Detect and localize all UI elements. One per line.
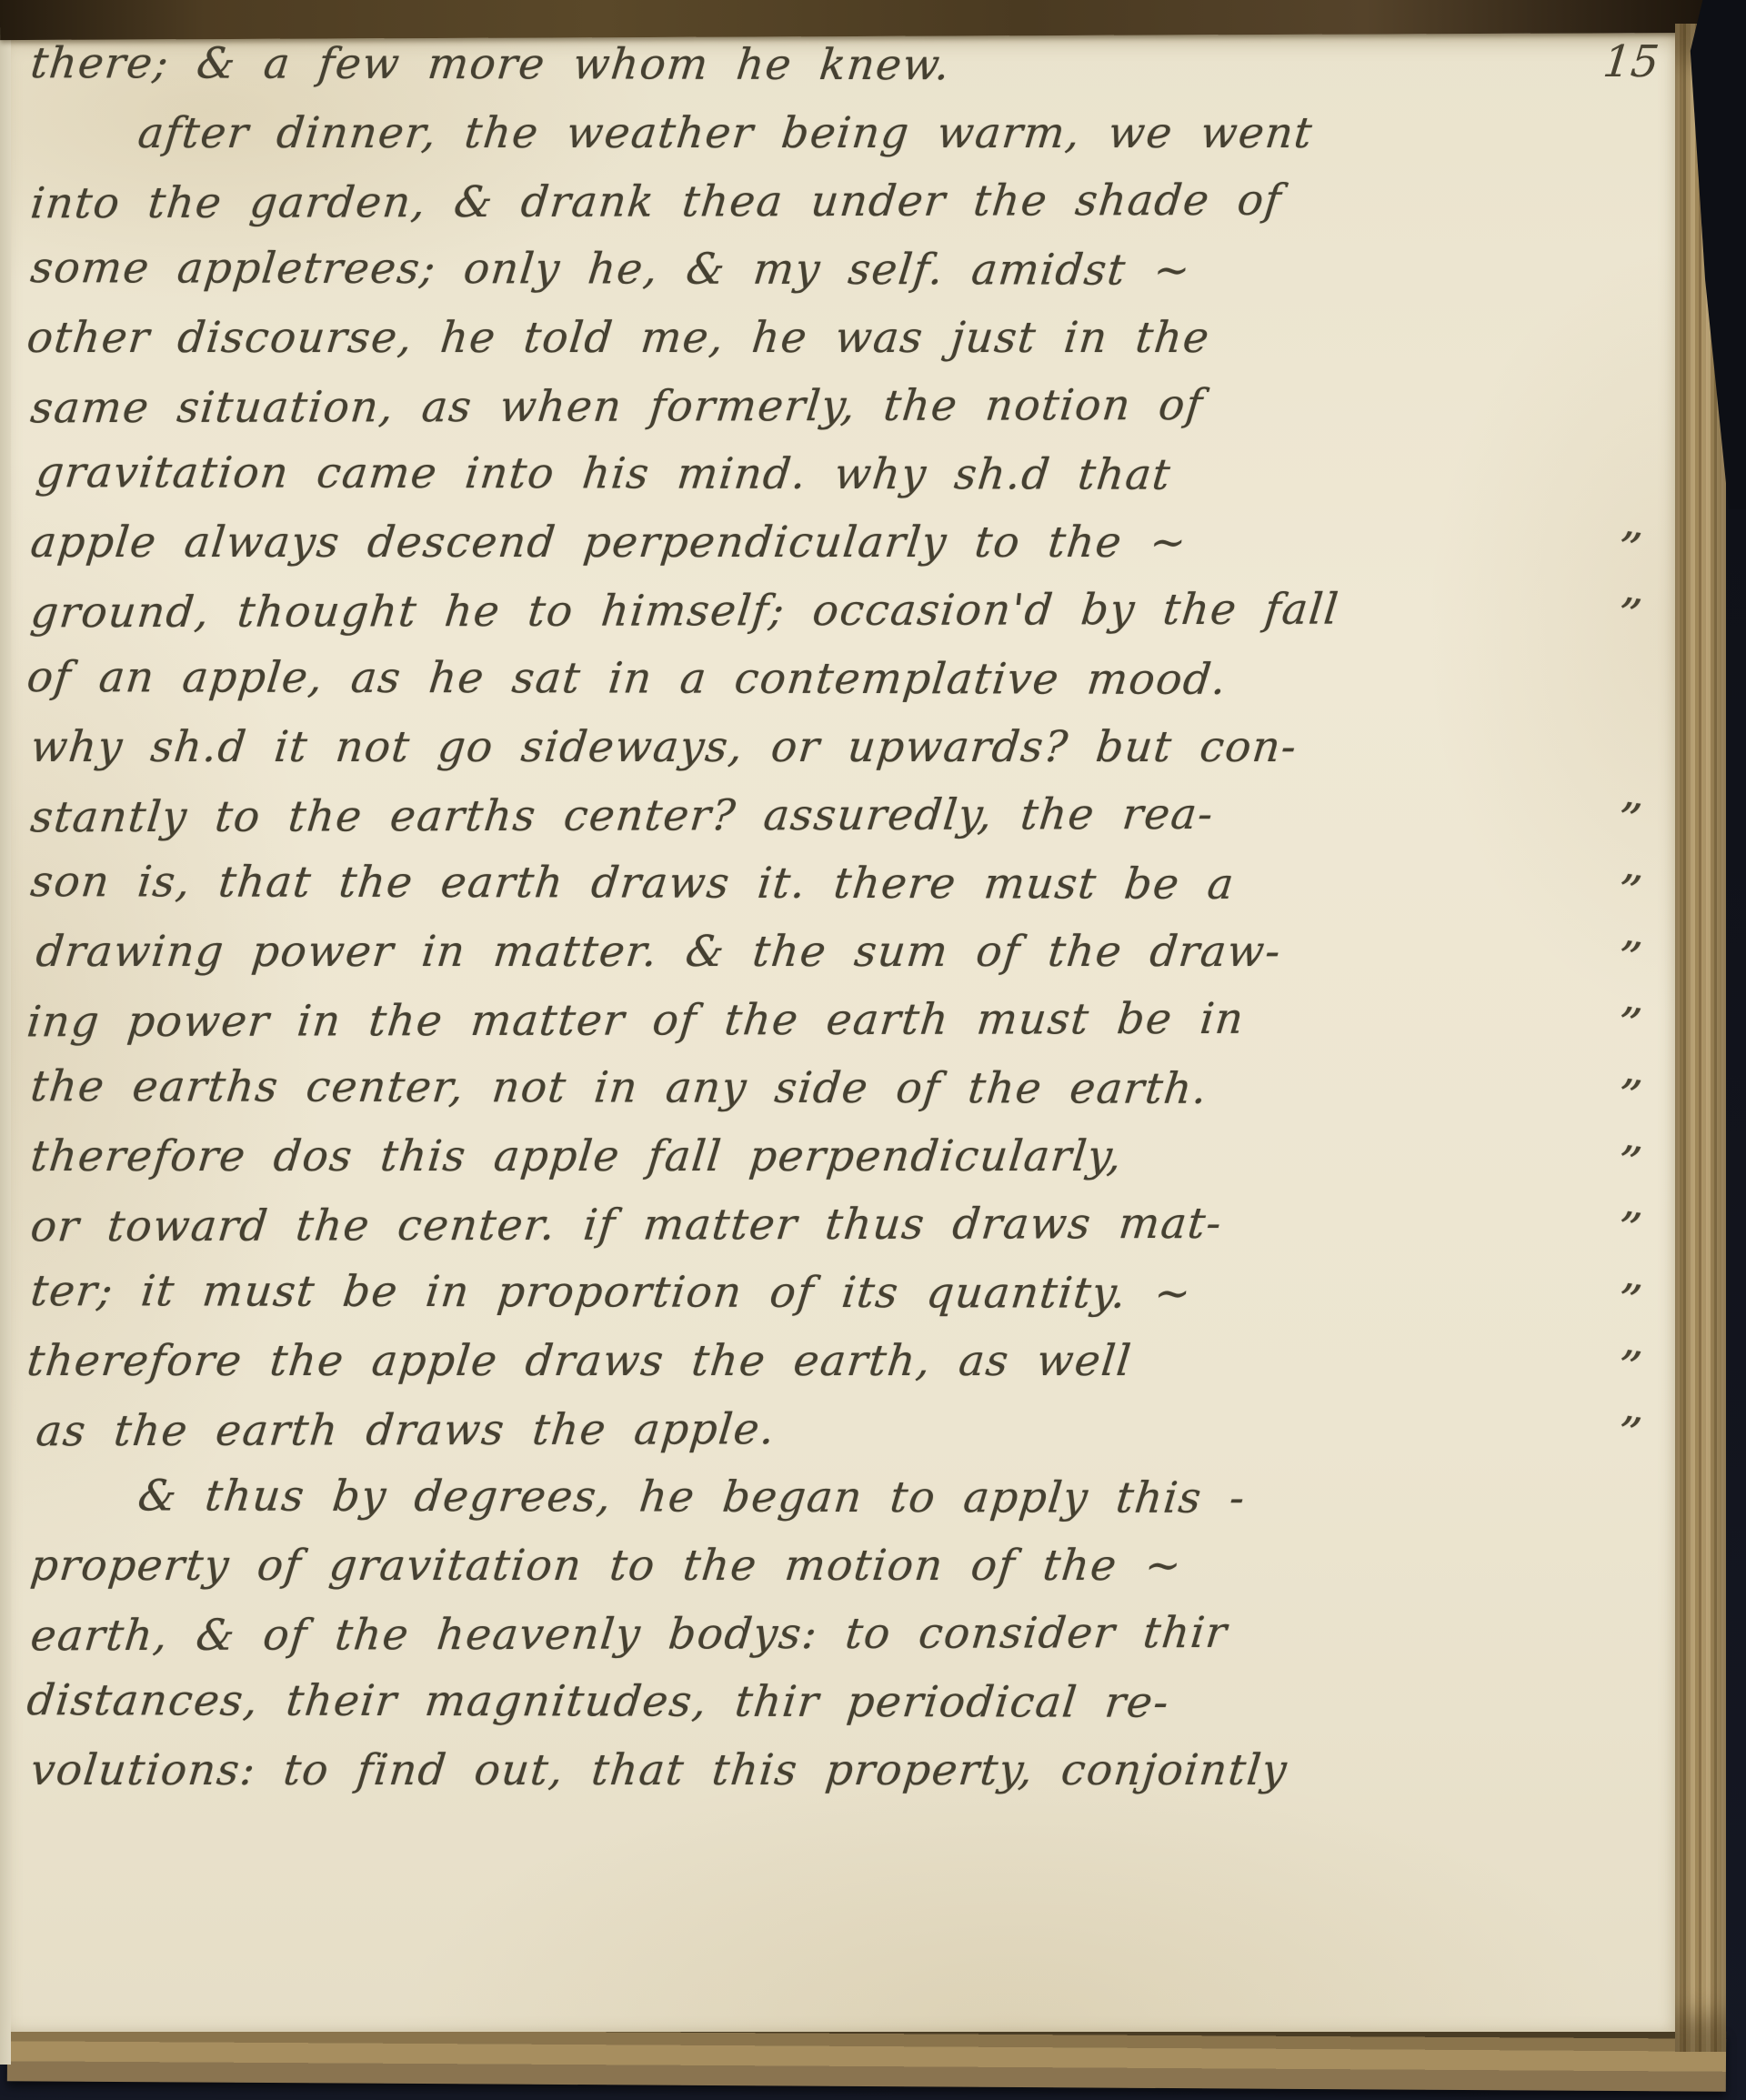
manuscript-line: ing power in the matter of the earth mus… bbox=[27, 993, 1639, 1066]
manuscript-line-text: ground, thought he to himself; occasion'… bbox=[28, 585, 1341, 638]
manuscript-line: into the garden, & drank thea under the … bbox=[31, 175, 1639, 247]
manuscript-line-text: the earths center, not in any side of th… bbox=[28, 1061, 1210, 1114]
manuscript-line: drawing power in matter. & the sum of th… bbox=[36, 927, 1639, 995]
manuscript-line-text: of an apple, as he sat in a contemplativ… bbox=[25, 652, 1229, 705]
manuscript-line: or toward the center. if matter thus dra… bbox=[31, 1198, 1639, 1271]
manuscript-scan: 15 there; & a few more whom he knew.afte… bbox=[0, 0, 1746, 2100]
manuscript-line-text: drawing power in matter. & the sum of th… bbox=[34, 927, 1284, 977]
manuscript-line-text: ter; it must be in proportion of its qua… bbox=[28, 1266, 1194, 1319]
manuscript-line: stantly to the earths center? assuredly,… bbox=[31, 789, 1639, 861]
manuscript-line: ground, thought he to himself; occasion'… bbox=[31, 584, 1639, 657]
manuscript-line-text: therefore dos this apple fall perpendicu… bbox=[28, 1131, 1125, 1181]
manuscript-line-text: why sh.d it not go sideways, or upwards?… bbox=[28, 722, 1299, 772]
manuscript-line-text: volutions: to find out, that this proper… bbox=[28, 1745, 1290, 1795]
manuscript-line: why sh.d it not go sideways, or upwards?… bbox=[31, 722, 1639, 790]
manuscript-line-text: property of gravitation to the motion of… bbox=[28, 1541, 1185, 1591]
manuscript-line-text: gravitation came into his mind. why sh.d… bbox=[34, 447, 1174, 500]
manuscript-line: gravitation came into his mind. why sh.d… bbox=[36, 447, 1639, 519]
manuscript-line: property of gravitation to the motion of… bbox=[31, 1541, 1639, 1609]
manuscript-line: same situation, as when formerly, the no… bbox=[31, 379, 1639, 452]
manuscript-line-text: & thus by degrees, he began to apply thi… bbox=[135, 1471, 1249, 1523]
manuscript-line-text: there; & a few more whom he knew. bbox=[28, 38, 953, 90]
manuscript-line-text: into the garden, & drank thea under the … bbox=[28, 176, 1284, 229]
manuscript-line: distances, their magnitudes, thir period… bbox=[27, 1675, 1639, 1747]
manuscript-line-text: or toward the center. if matter thus dra… bbox=[28, 1199, 1225, 1251]
manuscript-line: there; & a few more whom he knew. bbox=[31, 38, 1639, 110]
manuscript-line-text: stantly to the earths center? assuredly,… bbox=[28, 789, 1216, 842]
manuscript-line: of an apple, as he sat in a contemplativ… bbox=[27, 652, 1639, 724]
manuscript-line-text: earth, & of the heavenly bodys: to consi… bbox=[28, 1608, 1230, 1661]
manuscript-line: as the earth draws the apple.” bbox=[36, 1402, 1639, 1475]
manuscript-line: therefore the apple draws the earth, as … bbox=[27, 1336, 1639, 1404]
manuscript-line-text: apple always descend perpendicularly to … bbox=[28, 517, 1189, 568]
manuscript-line: volutions: to find out, that this proper… bbox=[31, 1745, 1639, 1814]
manuscript-line-text: son is, that the earth draws it. there m… bbox=[28, 857, 1237, 909]
manuscript-line-text: some appletrees; only he, & my self. ami… bbox=[28, 243, 1194, 296]
manuscript-line-text: same situation, as when formerly, the no… bbox=[28, 380, 1206, 433]
manuscript-line: & thus by degrees, he began to apply thi… bbox=[31, 1471, 1639, 1542]
manuscript-line: son is, that the earth draws it. there m… bbox=[31, 857, 1639, 929]
manuscript-line: ter; it must be in proportion of its qua… bbox=[31, 1266, 1639, 1338]
manuscript-line-text: as the earth draws the apple. bbox=[34, 1404, 778, 1456]
manuscript-text-block: there; & a few more whom he knew.after d… bbox=[31, 40, 1639, 1814]
manuscript-line: after dinner, the weather being warm, we… bbox=[31, 108, 1639, 176]
manuscript-line: apple always descend perpendicularly to … bbox=[31, 517, 1639, 586]
manuscript-line: other discourse, he told me, he was just… bbox=[27, 313, 1639, 381]
manuscript-line-text: after dinner, the weather being warm, we… bbox=[135, 108, 1315, 158]
manuscript-line: earth, & of the heavenly bodys: to consi… bbox=[31, 1607, 1639, 1680]
manuscript-line-text: distances, their magnitudes, thir period… bbox=[25, 1675, 1172, 1728]
manuscript-line: some appletrees; only he, & my self. ami… bbox=[31, 243, 1639, 315]
manuscript-line-text: ing power in the matter of the earth mus… bbox=[25, 994, 1247, 1048]
manuscript-line-text: other discourse, he told me, he was just… bbox=[25, 313, 1212, 363]
left-page-edge bbox=[0, 27, 11, 2065]
manuscript-line: the earths center, not in any side of th… bbox=[31, 1061, 1639, 1133]
manuscript-line: therefore dos this apple fall perpendicu… bbox=[31, 1131, 1639, 1200]
manuscript-line-text: therefore the apple draws the earth, as … bbox=[25, 1336, 1134, 1386]
